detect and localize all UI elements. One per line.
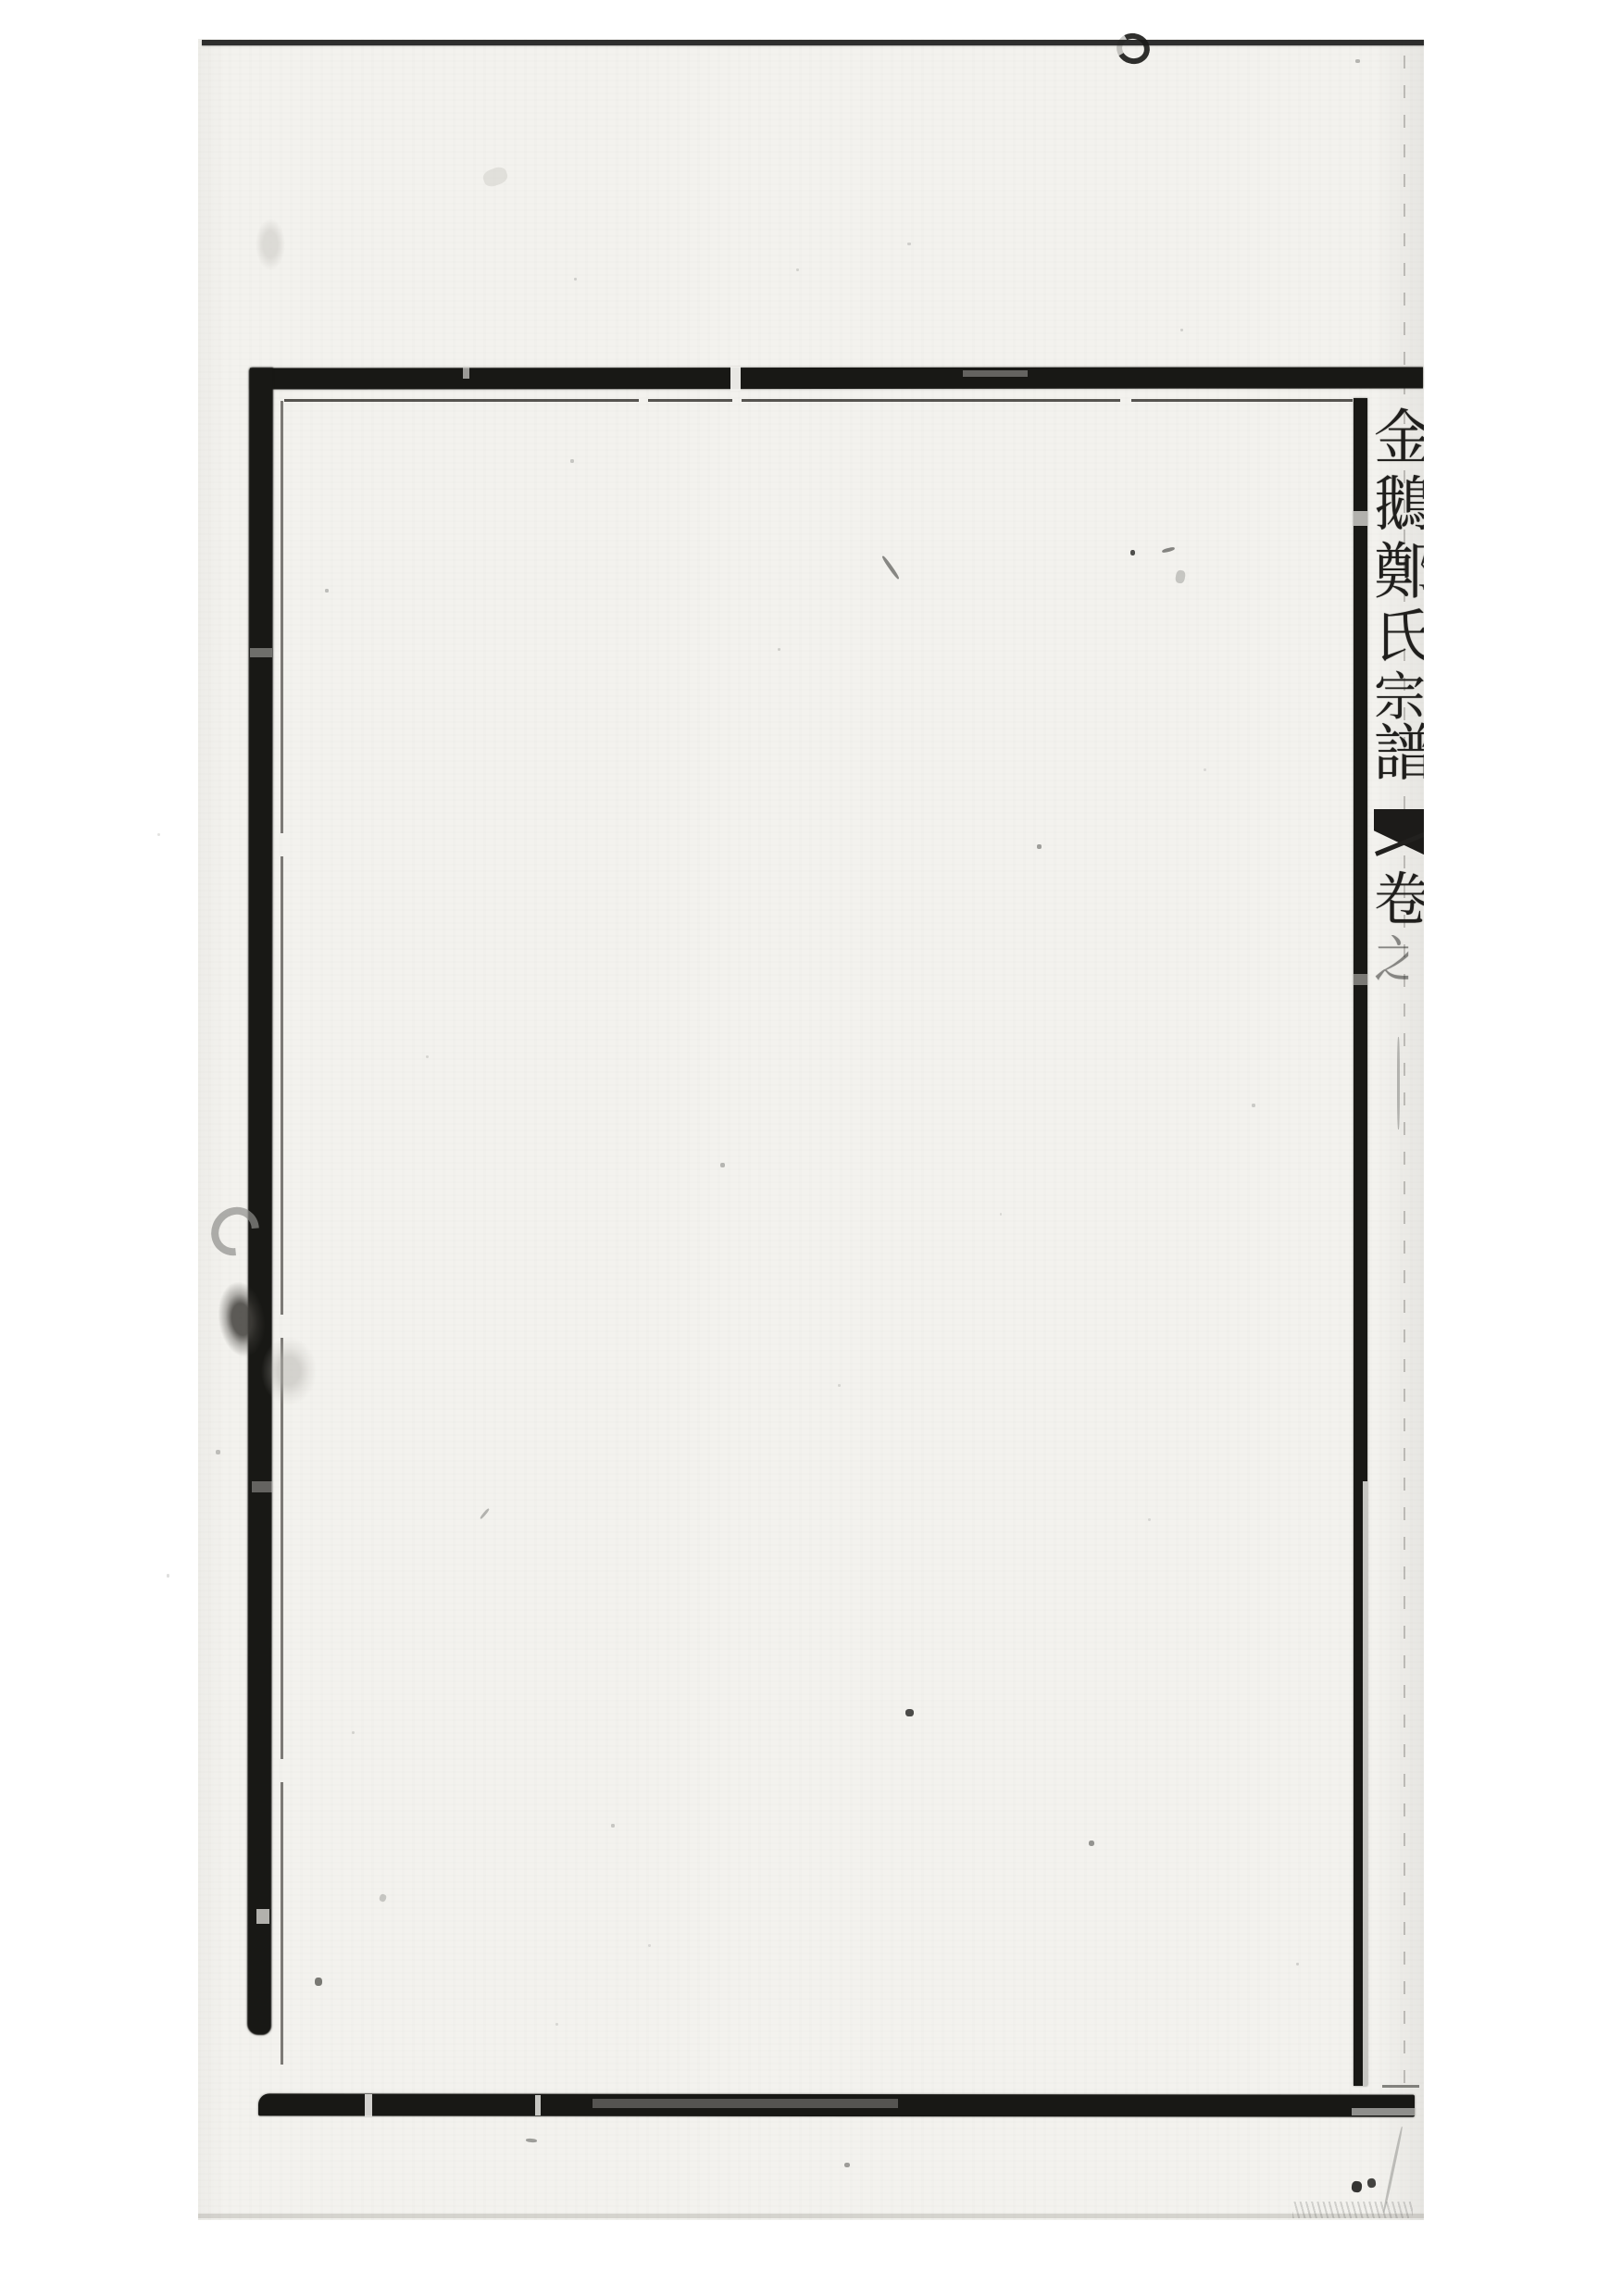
speck — [1162, 546, 1176, 553]
speck — [648, 1944, 651, 1947]
speck — [1355, 59, 1360, 63]
speck — [216, 1450, 220, 1454]
speck — [838, 1384, 841, 1387]
speck — [1252, 1104, 1255, 1107]
speck — [570, 459, 574, 463]
speck — [905, 1709, 914, 1716]
speck — [881, 555, 900, 580]
speck — [315, 1978, 322, 1986]
speck — [426, 1055, 429, 1058]
speck — [778, 648, 780, 651]
speck — [1204, 768, 1206, 771]
speck — [1180, 329, 1183, 331]
speck — [907, 243, 911, 245]
speck — [481, 165, 510, 189]
speck — [325, 589, 329, 593]
speck — [574, 278, 577, 281]
scanned-book-page: 金 鵝 鄭 氏 宗 譜 卷 之 — [0, 0, 1622, 2296]
speck — [1366, 2177, 1376, 2188]
speck — [1037, 844, 1042, 849]
speck — [480, 1508, 490, 1520]
speck — [1397, 1037, 1400, 1129]
speck — [1000, 1213, 1002, 1216]
speck — [167, 1574, 169, 1578]
speck — [379, 1893, 387, 1903]
speck — [352, 1731, 355, 1734]
speck — [1351, 2180, 1362, 2192]
speck — [611, 1824, 615, 1828]
speck — [796, 268, 799, 271]
speck — [1089, 1841, 1094, 1846]
speck — [157, 833, 160, 836]
speck — [1175, 569, 1186, 584]
speck — [1148, 1518, 1151, 1521]
speck — [844, 2163, 850, 2167]
speck — [1382, 2127, 1404, 2214]
specks-layer — [0, 0, 1622, 2296]
speck — [720, 1163, 725, 1167]
speck — [526, 2138, 537, 2142]
speck — [1296, 1963, 1299, 1965]
speck — [555, 2023, 558, 2026]
speck — [1130, 550, 1135, 555]
